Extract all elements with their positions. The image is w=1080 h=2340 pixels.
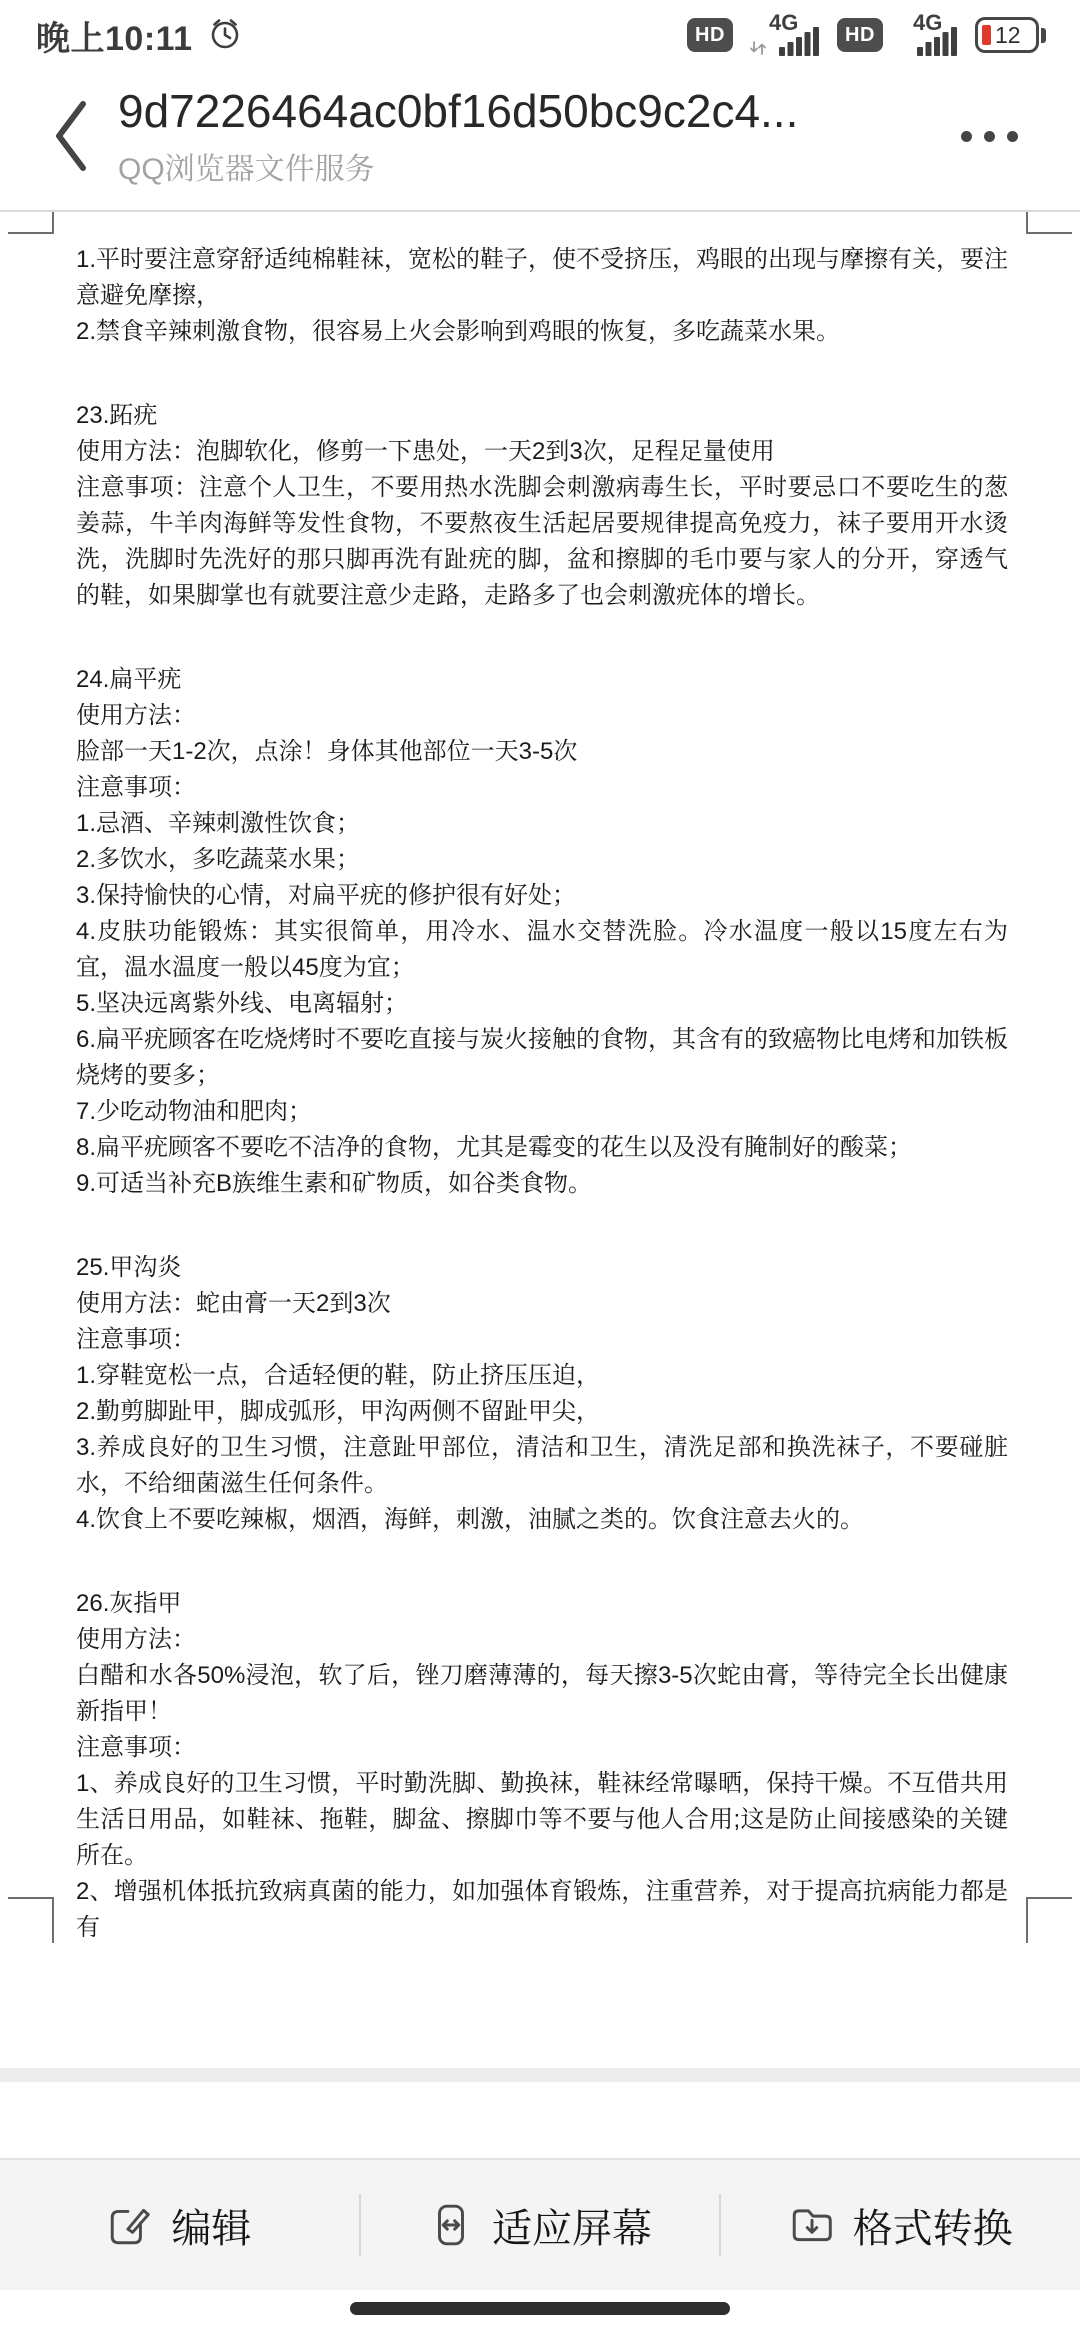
- document-line: 5.坚决远离紫外线、电离辐射；: [76, 986, 1008, 1022]
- document-line: 2.勤剪脚趾甲，脚成弧形，甲沟两侧不留趾甲尖，: [76, 1394, 1008, 1430]
- more-menu-button[interactable]: [955, 119, 1024, 154]
- document-line: 2.禁食辛辣刺激食物，很容易上火会影响到鸡眼的恢复，多吃蔬菜水果。: [76, 314, 1008, 350]
- document-line: 2、增强机体抵抗致病真菌的能力，如加强体育锻炼，注重营养，对于提高抗病能力都是有: [76, 1874, 1008, 1946]
- fit-screen-button[interactable]: 适应屏幕: [361, 2197, 720, 2254]
- format-convert-folder-icon: [789, 2202, 835, 2248]
- document-line: 使用方法：蛇由膏一天2到3次: [76, 1286, 1008, 1322]
- bottom-toolbar: 编辑 适应屏幕 格式转换: [0, 2158, 1080, 2290]
- file-title: 9d7226464ac0bf16d50bc9c2c4...: [118, 84, 955, 138]
- edit-button[interactable]: 编辑: [0, 2197, 359, 2254]
- home-indicator[interactable]: [350, 2302, 730, 2315]
- signal-bars-icon-2: [917, 26, 959, 56]
- page-corner-mark-bottom-right: [1026, 1897, 1072, 1943]
- document-line: 3.养成良好的卫生习惯，注意趾甲部位，清洁和卫生，清洗足部和换洗袜子，不要碰脏水…: [76, 1430, 1008, 1502]
- app-header: 9d7226464ac0bf16d50bc9c2c4... QQ浏览器文件服务: [0, 62, 1080, 212]
- blank-line: [76, 350, 1008, 398]
- document-line: 1、养成良好的卫生习惯，平时勤洗脚、勤换袜，鞋袜经常曝晒，保持干燥。不互借共用生…: [76, 1766, 1008, 1874]
- battery-nub: [1041, 28, 1046, 43]
- document-line: 8.扁平疣顾客不要吃不洁净的食物，尤其是霉变的花生以及没有腌制好的酸菜；: [76, 1130, 1008, 1166]
- battery-percent: 12: [995, 22, 1021, 49]
- document-line: 注意事项：: [76, 770, 1008, 806]
- document-line: 4.饮食上不要吃辣椒，烟酒，海鲜，刺激，油腻之类的。饮食注意去火的。: [76, 1502, 1008, 1538]
- page-corner-mark-top-left: [8, 212, 54, 234]
- back-chevron-icon: [48, 98, 90, 174]
- document-line: 白醋和水各50%浸泡，软了后，锉刀磨薄薄的，每天擦3-5次蛇由膏，等待完全长出健…: [76, 1658, 1008, 1730]
- header-titles: 9d7226464ac0bf16d50bc9c2c4... QQ浏览器文件服务: [118, 84, 955, 188]
- document-line: 23.跖疣: [76, 398, 1008, 434]
- hd-badge-icon-2: HD: [837, 18, 883, 52]
- document-line: 24.扁平疣: [76, 662, 1008, 698]
- hd-badge-icon: HD: [687, 18, 733, 52]
- document-line: 使用方法：: [76, 698, 1008, 734]
- document-text: 1.平时要注意穿舒适纯棉鞋袜，宽松的鞋子，使不受挤压，鸡眼的出现与摩擦有关，要注…: [76, 242, 1008, 1946]
- alarm-icon: [207, 15, 243, 56]
- document-line: 6.扁平疣顾客在吃烧烤时不要吃直接与炭火接触的食物，其含有的致癌物比电烤和加铁板…: [76, 1022, 1008, 1094]
- document-line: 7.少吃动物油和肥肉；: [76, 1094, 1008, 1130]
- page-corner-mark-bottom-left: [8, 1897, 54, 1943]
- document-viewport[interactable]: 1.平时要注意穿舒适纯棉鞋袜，宽松的鞋子，使不受挤压，鸡眼的出现与摩擦有关，要注…: [0, 212, 1080, 2068]
- battery-low-indicator: [982, 25, 991, 45]
- screen: 晚上10:11 HD 4G: [0, 0, 1080, 2340]
- bottom-area: [0, 2290, 1080, 2340]
- edit-label: 编辑: [171, 2197, 251, 2254]
- blank-line: [76, 614, 1008, 662]
- document-line: 使用方法：: [76, 1622, 1008, 1658]
- document-line: 脸部一天1-2次，点涂！身体其他部位一天3-5次: [76, 734, 1008, 770]
- document-line: 1.平时要注意穿舒适纯棉鞋袜，宽松的鞋子，使不受挤压，鸡眼的出现与摩擦有关，要注…: [76, 242, 1008, 314]
- fit-screen-label: 适应屏幕: [492, 2197, 652, 2254]
- more-dot: [961, 131, 972, 142]
- document-line: 25.甲沟炎: [76, 1250, 1008, 1286]
- edit-pencil-icon: [107, 2202, 153, 2248]
- more-dot: [984, 131, 995, 142]
- status-left: 晚上10:11: [36, 11, 243, 60]
- file-source-subtitle: QQ浏览器文件服务: [118, 144, 955, 188]
- document-line: 9.可适当补充B族维生素和矿物质，如谷类食物。: [76, 1166, 1008, 1202]
- signal-bars-icon: [779, 26, 821, 56]
- blank-line: [76, 1202, 1008, 1250]
- status-bar: 晚上10:11 HD 4G: [0, 0, 1080, 62]
- signal-2: 4G: [899, 11, 959, 59]
- document-line: 2.多饮水，多吃蔬菜水果；: [76, 842, 1008, 878]
- next-page-top: [0, 2082, 1080, 2158]
- page-gap: [0, 2068, 1080, 2082]
- battery-icon: 12: [975, 17, 1046, 53]
- document-line: 注意事项：: [76, 1730, 1008, 1766]
- format-convert-label: 格式转换: [853, 2197, 1013, 2254]
- more-dot: [1007, 131, 1018, 142]
- document-line: 使用方法：泡脚软化，修剪一下患处，一天2到3次，足程足量使用: [76, 434, 1008, 470]
- status-time: 晚上10:11: [36, 11, 193, 60]
- document-line: 1.忌酒、辛辣刺激性饮食；: [76, 806, 1008, 842]
- format-convert-button[interactable]: 格式转换: [721, 2197, 1080, 2254]
- signal-1: 4G: [749, 11, 821, 59]
- page-corner-mark-top-right: [1026, 212, 1072, 234]
- document-line: 注意事项：: [76, 1322, 1008, 1358]
- status-right: HD 4G HD 4G: [687, 11, 1046, 59]
- blank-line: [76, 1538, 1008, 1586]
- document-line: 4.皮肤功能锻炼：其实很简单，用冷水、温水交替洗脸。冷水温度一般以15度左右为宜…: [76, 914, 1008, 986]
- fit-screen-icon: [428, 2202, 474, 2248]
- network-activity-arrows-icon: [749, 40, 767, 56]
- back-button[interactable]: [48, 98, 90, 174]
- document-line: 1.穿鞋宽松一点，合适轻便的鞋，防止挤压压迫，: [76, 1358, 1008, 1394]
- document-line: 26.灰指甲: [76, 1586, 1008, 1622]
- document-line: 注意事项：注意个人卫生，不要用热水洗脚会刺激病毒生长，平时要忌口不要吃生的葱姜蒜…: [76, 470, 1008, 614]
- document-line: 3.保持愉快的心情，对扁平疣的修护很有好处；: [76, 878, 1008, 914]
